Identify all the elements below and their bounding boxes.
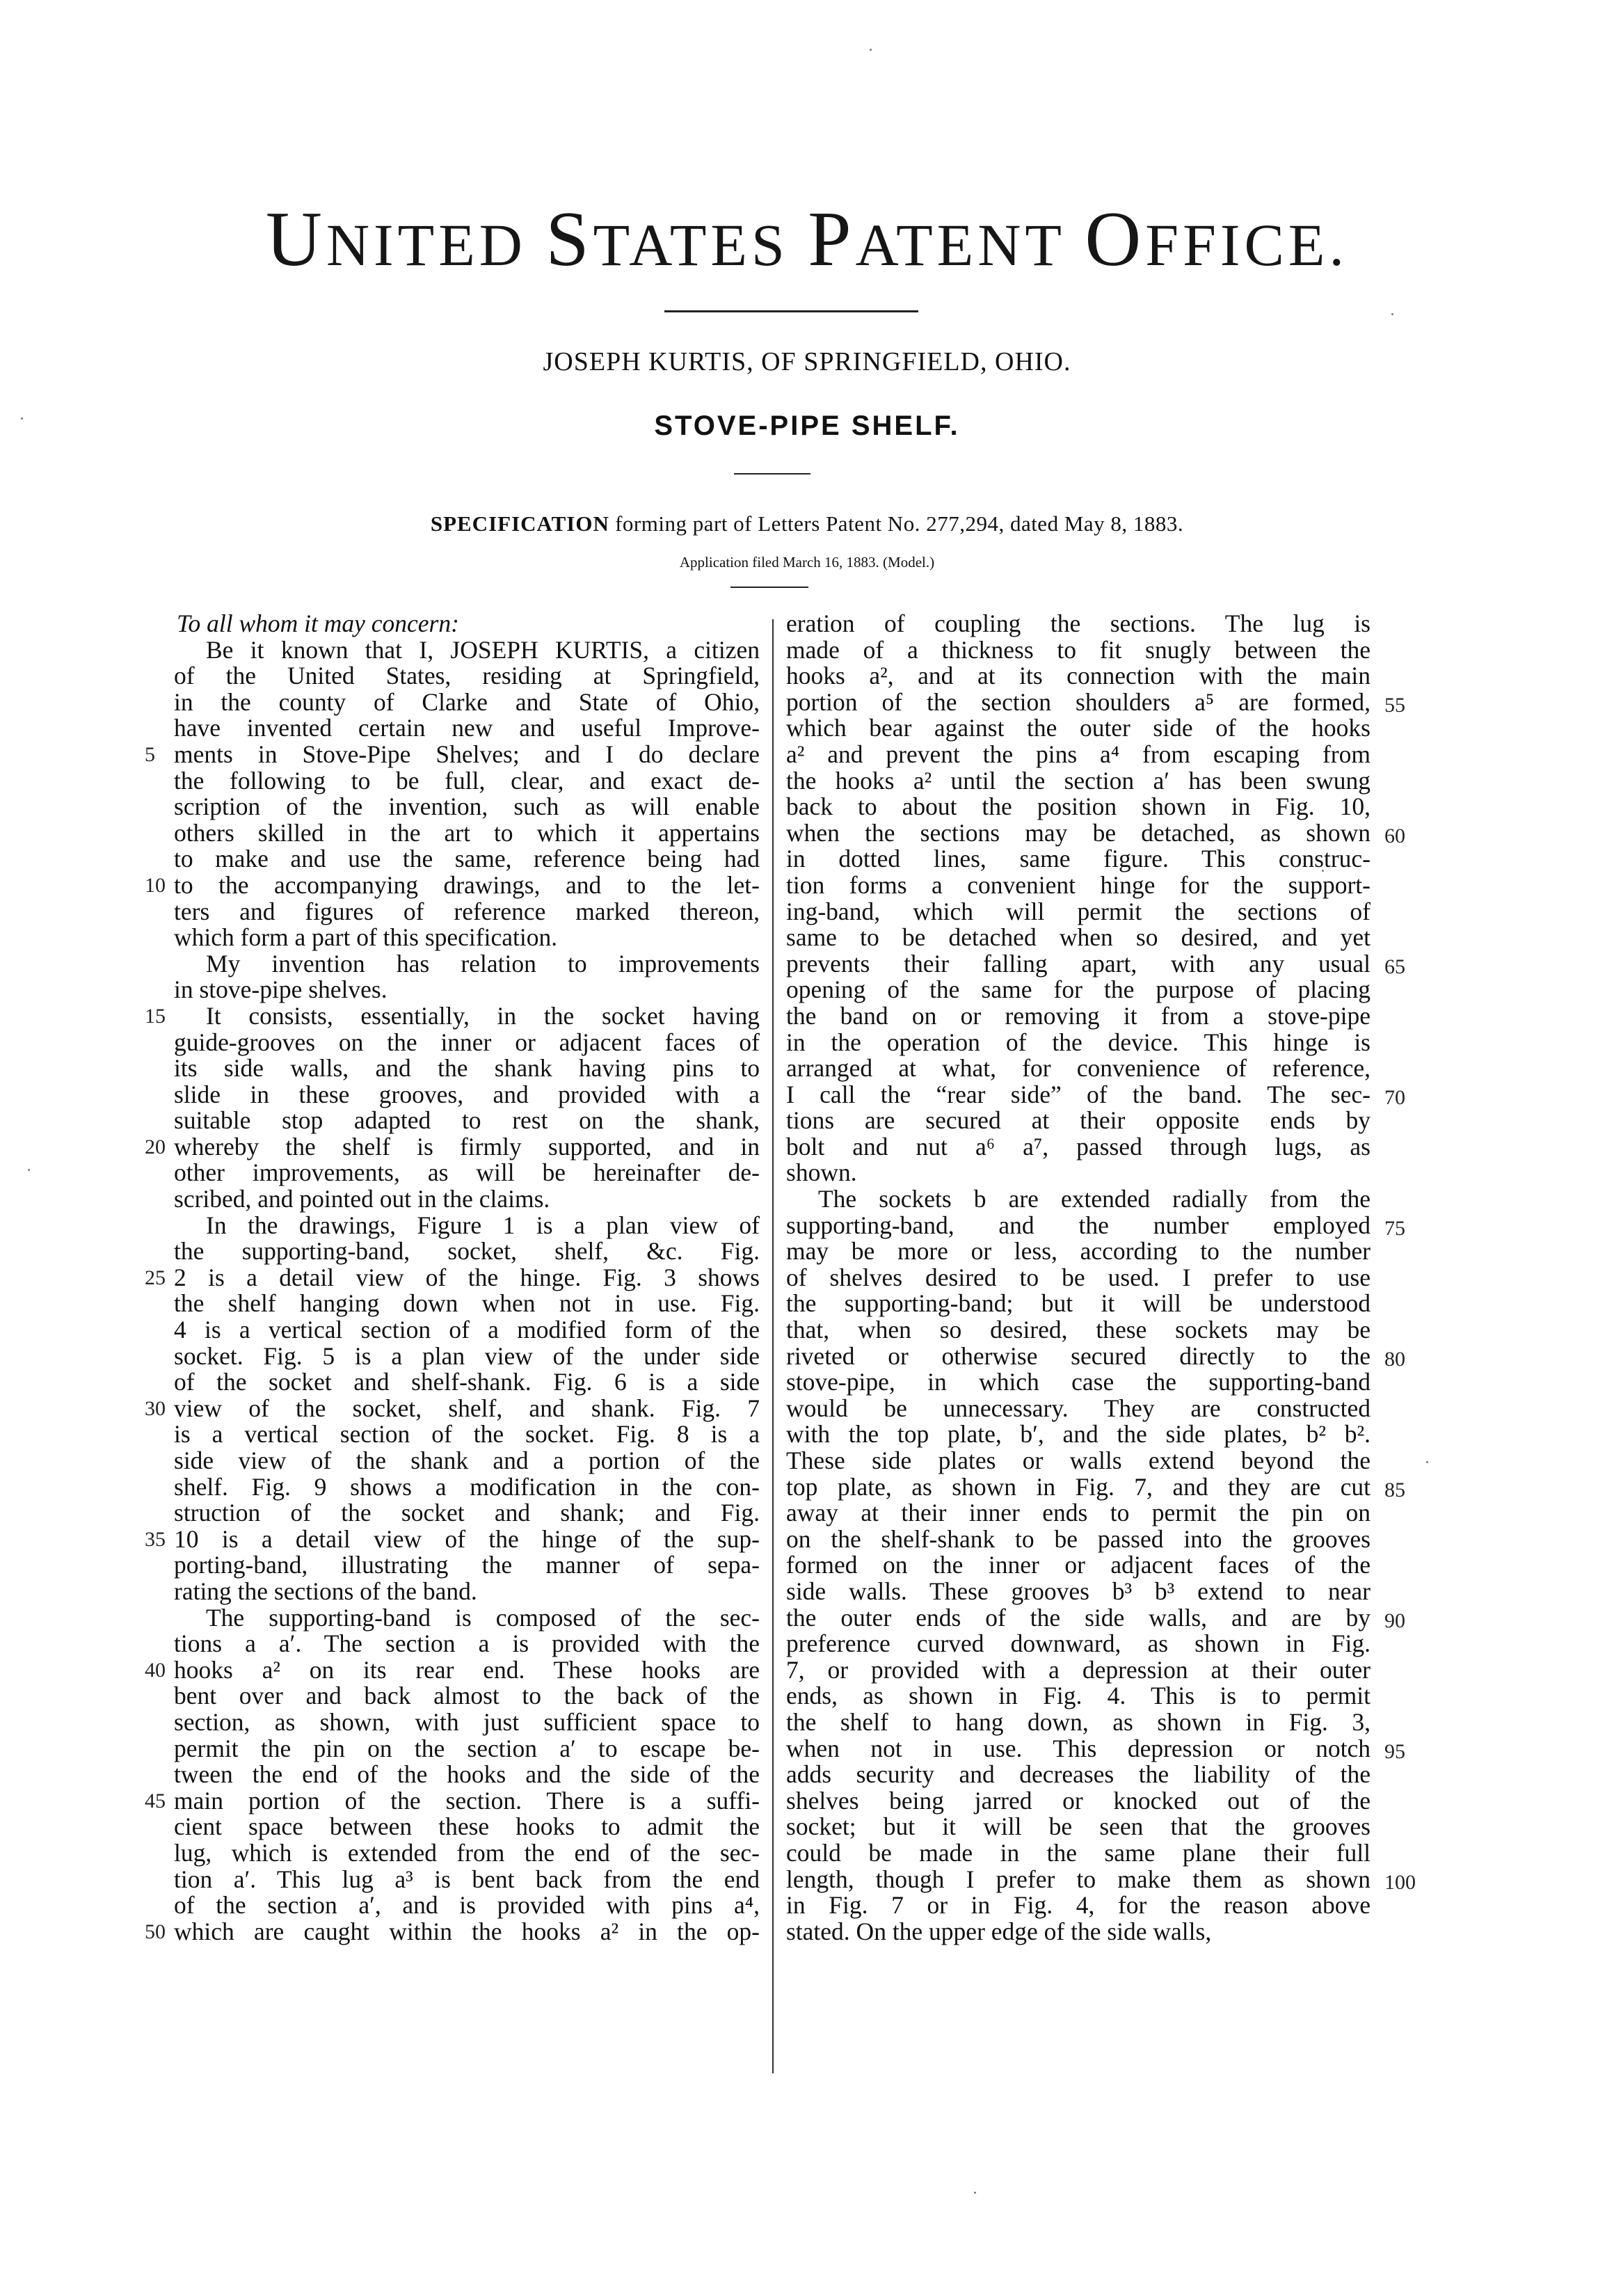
text-line: in stove-pipe shelves. — [174, 977, 760, 1003]
text-line: rating the sections of the band. — [174, 1579, 760, 1605]
right-column: eration of coupling the sections. The lu… — [786, 611, 1371, 1945]
office-title: UNITED STATES PATENT OFFICE. — [0, 195, 1614, 285]
text-line: a² and prevent the pins a⁴ from escaping… — [786, 742, 1371, 768]
text-line: stove-pipe, in which case the supporting… — [786, 1369, 1371, 1396]
text-line: The sockets b are extended radially from… — [786, 1186, 1371, 1213]
line-number: 35 — [145, 1528, 166, 1552]
text-line: shelf. Fig. 9 shows a modification in th… — [174, 1474, 760, 1501]
text-line: 7, or provided with a depression at thei… — [786, 1657, 1371, 1684]
text-line: have invented certain new and useful Imp… — [174, 715, 760, 742]
line-number: 90 — [1384, 1609, 1405, 1633]
text-line: tions are secured at their opposite ends… — [786, 1108, 1371, 1134]
text-line: shown. — [786, 1160, 1371, 1186]
text-line: of the socket and shelf-shank. Fig. 6 is… — [174, 1369, 760, 1396]
text-line: is a vertical section of the socket. Fig… — [174, 1421, 760, 1448]
title-initial-s: S — [545, 196, 593, 282]
text-line: the shelf to hang down, as shown in Fig.… — [786, 1709, 1371, 1736]
line-number: 25 — [145, 1266, 166, 1290]
text-line: tions a a′. The section a is provided wi… — [174, 1631, 760, 1657]
text-line: when the sections may be detached, as sh… — [786, 820, 1371, 847]
text-line: that, when so desired, these sockets may… — [786, 1317, 1371, 1344]
text-line: In the drawings, Figure 1 is a plan view… — [174, 1213, 760, 1239]
text-line: of the United States, residing at Spring… — [174, 663, 760, 689]
text-line: ments in Stove-Pipe Shelves; and I do de… — [174, 742, 760, 768]
invention-title: STOVE-PIPE SHELF. — [0, 410, 1614, 442]
application-line: Application filed March 16, 1883. (Model… — [0, 554, 1614, 571]
text-line: side walls. These grooves b³ b³ extend t… — [786, 1579, 1371, 1605]
text-line: arranged at what, for convenience of ref… — [786, 1055, 1371, 1082]
text-line: other improvements, as will be hereinaft… — [174, 1160, 760, 1186]
line-number: 80 — [1384, 1348, 1405, 1371]
text-line: would be unnecessary. They are construct… — [786, 1396, 1371, 1422]
title-word-united: NITED — [326, 212, 527, 278]
line-number: 45 — [145, 1789, 166, 1813]
text-line: 2 is a detail view of the hinge. Fig. 3 … — [174, 1265, 760, 1291]
text-line: porting-band, illustrating the manner of… — [174, 1552, 760, 1579]
text-line: same to be detached when so desired, and… — [786, 925, 1371, 951]
line-number: 30 — [145, 1397, 166, 1421]
text-line: the shelf hanging down when not in use. … — [174, 1291, 760, 1317]
text-line: length, though I prefer to make them as … — [786, 1867, 1371, 1893]
text-line: hooks a², and at its connection with the… — [786, 663, 1371, 689]
text-line: supporting-band, and the number employed — [786, 1213, 1371, 1239]
text-line: the outer ends of the side walls, and ar… — [786, 1605, 1371, 1632]
text-line: eration of coupling the sections. The lu… — [786, 611, 1371, 637]
text-line: formed on the inner or adjacent faces of… — [786, 1552, 1371, 1579]
text-line: socket. Fig. 5 is a plan view of the und… — [174, 1344, 760, 1370]
text-line: Be it known that I, JOSEPH KURTIS, a cit… — [174, 637, 760, 664]
text-line: It consists, essentially, in the socket … — [174, 1003, 760, 1030]
text-line: its side walls, and the shank having pin… — [174, 1055, 760, 1082]
text-line: in Fig. 7 or in Fig. 4, for the reason a… — [786, 1892, 1371, 1919]
text-line: the supporting-band, socket, shelf, &c. … — [174, 1238, 760, 1265]
text-line: back to about the position shown in Fig.… — [786, 794, 1371, 820]
line-number: 55 — [1384, 694, 1405, 717]
text-line: of the section a′, and is provided with … — [174, 1892, 760, 1919]
text-line: tween the end of the hooks and the side … — [174, 1762, 760, 1788]
line-number: 5 — [145, 743, 155, 767]
text-line: lug, which is extended from the end of t… — [174, 1840, 760, 1867]
specification-line: SPECIFICATION forming part of Letters Pa… — [0, 511, 1614, 536]
left-column: To all whom it may concern:Be it known t… — [174, 611, 760, 1945]
text-line: which are caught within the hooks a² in … — [174, 1919, 760, 1945]
text-line: could be made in the same plane their fu… — [786, 1840, 1371, 1867]
text-line: guide-grooves on the inner or adjacent f… — [174, 1030, 760, 1056]
text-line: opening of the same for the purpose of p… — [786, 977, 1371, 1003]
text-line: slide in these grooves, and provided wit… — [174, 1082, 760, 1108]
text-line: socket; but it will be seen that the gro… — [786, 1814, 1371, 1840]
text-line: with the top plate, b′, and the side pla… — [786, 1421, 1371, 1448]
text-line: top plate, as shown in Fig. 7, and they … — [786, 1474, 1371, 1501]
line-number: 75 — [1384, 1217, 1405, 1241]
text-line: the supporting-band; but it will be unde… — [786, 1291, 1371, 1317]
line-number: 100 — [1384, 1871, 1416, 1895]
line-number: 50 — [145, 1920, 166, 1944]
text-line: prevents their falling apart, with any u… — [786, 951, 1371, 978]
text-line: adds security and decreases the liabilit… — [786, 1762, 1371, 1788]
text-line: of shelves desired to be used. I prefer … — [786, 1265, 1371, 1291]
text-line: main portion of the section. There is a … — [174, 1788, 760, 1815]
text-line: These side plates or walls extend beyond… — [786, 1448, 1371, 1474]
line-number: 15 — [145, 1005, 166, 1028]
text-line: view of the socket, shelf, and shank. Fi… — [174, 1396, 760, 1422]
text-line: hooks a² on its rear end. These hooks ar… — [174, 1657, 760, 1684]
text-line: tion forms a convenient hinge for the su… — [786, 872, 1371, 899]
specification-label: SPECIFICATION — [431, 511, 609, 536]
text-line: side view of the shank and a portion of … — [174, 1448, 760, 1474]
text-line: tion a′. This lug a³ is bent back from t… — [174, 1867, 760, 1893]
line-number: 20 — [145, 1135, 166, 1159]
text-line: in dotted lines, same figure. This const… — [786, 846, 1371, 872]
text-line: shelves being jarred or knocked out of t… — [786, 1788, 1371, 1815]
text-line: in the county of Clarke and State of Ohi… — [174, 689, 760, 716]
text-line: ters and figures of reference marked the… — [174, 899, 760, 925]
text-line: 10 is a detail view of the hinge of the … — [174, 1526, 760, 1553]
text-line: others skilled in the art to which it ap… — [174, 820, 760, 847]
text-line: preference curved downward, as shown in … — [786, 1631, 1371, 1657]
text-line: may be more or less, according to the nu… — [786, 1238, 1371, 1265]
text-line: the following to be full, clear, and exa… — [174, 768, 760, 795]
line-number: 60 — [1384, 824, 1405, 848]
text-line: bent over and back almost to the back of… — [174, 1683, 760, 1709]
text-line: bolt and nut a⁶ a⁷, passed through lugs,… — [786, 1134, 1371, 1161]
text-line: struction of the socket and shank; and F… — [174, 1500, 760, 1526]
text-line: riveted or otherwise secured directly to… — [786, 1344, 1371, 1370]
line-number: 70 — [1384, 1086, 1405, 1110]
subject-rule — [734, 473, 810, 475]
specification-text: forming part of Letters Patent No. 277,2… — [615, 511, 1183, 536]
text-line: whereby the shelf is firmly supported, a… — [174, 1134, 760, 1161]
text-line: My invention has relation to improvement… — [174, 951, 760, 978]
title-initial-u: U — [266, 196, 326, 282]
text-line: which bear against the outer side of the… — [786, 715, 1371, 742]
title-initial-p: P — [808, 196, 855, 282]
text-line: the band on or removing it from a stove-… — [786, 1003, 1371, 1030]
column-divider — [772, 619, 774, 2073]
text-line: cient space between these hooks to admit… — [174, 1814, 760, 1840]
text-line: on the shelf-shank to be passed into the… — [786, 1526, 1371, 1553]
title-word-patent: ATENT — [856, 212, 1066, 278]
text-line: which form a part of this specification. — [174, 925, 760, 951]
text-line: scription of the invention, such as will… — [174, 794, 760, 820]
line-number: 85 — [1384, 1478, 1405, 1502]
title-initial-o: O — [1085, 196, 1145, 282]
text-line: permit the pin on the section a′ to esca… — [174, 1736, 760, 1762]
text-line: section, as shown, with just sufficient … — [174, 1709, 760, 1736]
text-line: made of a thickness to fit snugly betwee… — [786, 637, 1371, 664]
text-line: 4 is a vertical section of a modified fo… — [174, 1317, 760, 1344]
text-line: scribed, and pointed out in the claims. — [174, 1186, 760, 1213]
text-line: stated. On the upper edge of the side wa… — [786, 1919, 1371, 1945]
line-number: 40 — [145, 1659, 166, 1682]
header-bottom-rule — [730, 587, 808, 588]
inventor-line: JOSEPH KURTIS, OF SPRINGFIELD, OHIO. — [0, 346, 1614, 377]
line-number: 95 — [1384, 1740, 1405, 1764]
text-line: to the accompanying drawings, and to the… — [174, 872, 760, 899]
text-line: To all whom it may concern: — [174, 611, 760, 637]
text-line: The supporting-band is composed of the s… — [174, 1605, 760, 1632]
text-line: when not in use. This depression or notc… — [786, 1736, 1371, 1762]
title-word-states: TATES — [593, 212, 789, 278]
text-line: portion of the section shoulders a⁵ are … — [786, 689, 1371, 716]
text-line: away at their inner ends to permit the p… — [786, 1500, 1371, 1526]
line-number: 10 — [145, 874, 166, 898]
text-line: to make and use the same, reference bein… — [174, 846, 760, 872]
title-rule — [664, 310, 918, 312]
line-number: 65 — [1384, 955, 1405, 979]
text-line: in the operation of the device. This hin… — [786, 1030, 1371, 1056]
text-line: ends, as shown in Fig. 4. This is to per… — [786, 1683, 1371, 1709]
text-line: I call the “rear side” of the band. The … — [786, 1082, 1371, 1108]
text-line: the hooks a² until the section a′ has be… — [786, 768, 1371, 795]
text-line: ing-band, which will permit the sections… — [786, 899, 1371, 925]
text-line: suitable stop adapted to rest on the sha… — [174, 1108, 760, 1134]
title-word-office: FFICE. — [1145, 212, 1348, 278]
